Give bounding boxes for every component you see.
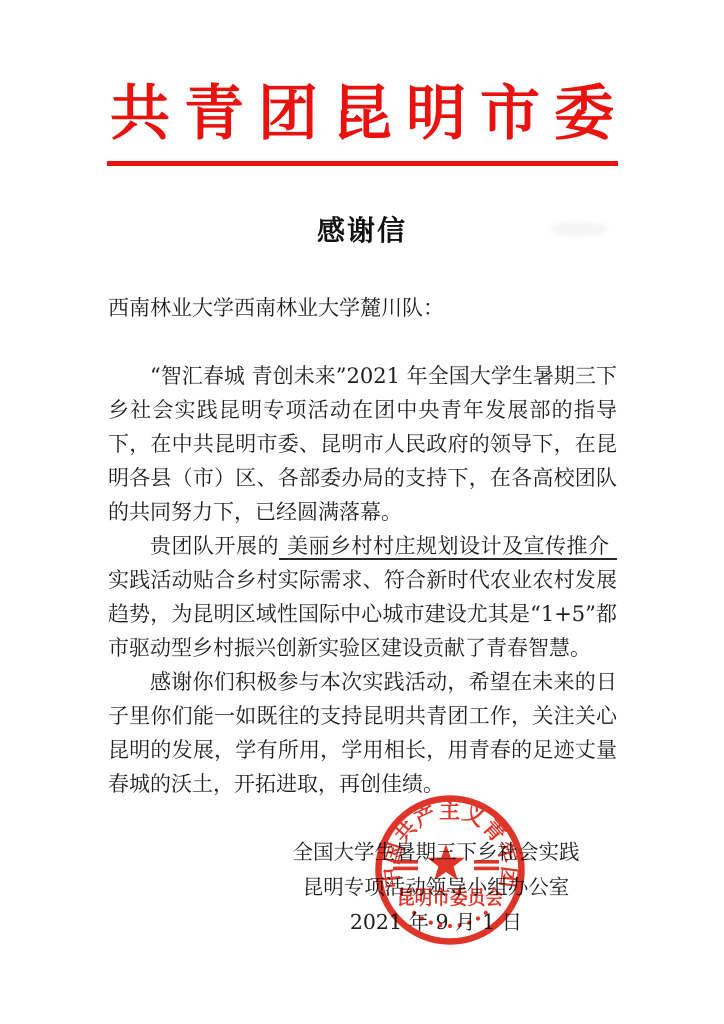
seal-bottom-text: 昆明市委员会 bbox=[397, 886, 503, 909]
underlined-project-name: 美丽乡村村庄规划设计及宣传推介 bbox=[279, 534, 617, 560]
letterhead-org-name: 共青团昆明市委 bbox=[0, 82, 724, 146]
paragraph-2: 贵团队开展的美丽乡村村庄规划设计及宣传推介实践活动贴合乡村实际需求、符合新时代农… bbox=[108, 529, 617, 665]
paragraph-1: “智汇春城 青创未来”2021 年全国大学生暑期三下乡社会实践昆明专项活动在团中… bbox=[108, 359, 617, 529]
paragraph-3: 感谢你们积极参与本次实践活动，希望在未来的日子里你们能一如既往的支持昆明共青团工… bbox=[108, 665, 617, 801]
paragraph-2-lead: 贵团队开展的 bbox=[150, 534, 279, 558]
letter-title: 感谢信 bbox=[0, 214, 724, 248]
letterhead-divider bbox=[107, 161, 618, 166]
seal-dotted-arc bbox=[412, 911, 488, 928]
scan-smudge bbox=[550, 222, 608, 236]
svg-text:中国共产主义青年团: 中国共产主义青年团 bbox=[377, 798, 523, 890]
star-icon bbox=[427, 844, 465, 880]
seal-ring-text: 中国共产主义青年团 bbox=[377, 798, 523, 890]
letter-page: 共青团昆明市委 感谢信 西南林业大学西南林业大学麓川队： “智汇春城 青创未来”… bbox=[0, 0, 724, 1024]
letter-body: 西南林业大学西南林业大学麓川队： “智汇春城 青创未来”2021 年全国大学生暑… bbox=[108, 291, 617, 801]
official-seal: 中国共产主义青年团 昆明市委员会 bbox=[372, 792, 528, 948]
salutation: 西南林业大学西南林业大学麓川队： bbox=[108, 291, 617, 325]
paragraph-2-rest: 实践活动贴合乡村实际需求、符合新时代农业农村发展趋势，为昆明区域性国际中心城市建… bbox=[108, 568, 617, 660]
